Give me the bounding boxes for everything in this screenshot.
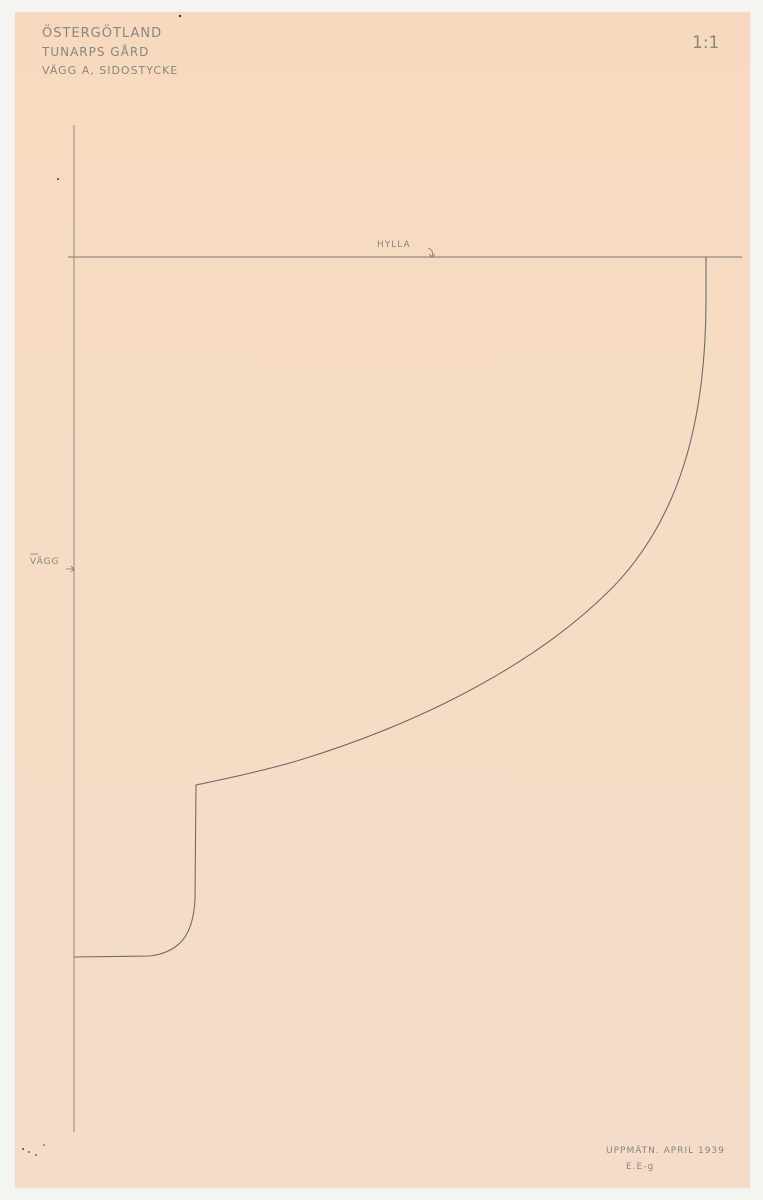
title-farm: TUNARPS GÅRD: [42, 45, 149, 59]
title-part: VÄGG A, SIDOSTYCKE: [42, 64, 178, 77]
measured-date: UPPMÄTN. APRIL 1939: [606, 1146, 725, 1156]
drawing-sheet: [15, 12, 750, 1188]
author-initials: E.E-g: [626, 1162, 654, 1172]
shelf-label: HYLLA: [377, 240, 411, 250]
wall-label: VÄGG: [30, 557, 60, 567]
title-region: ÖSTERGÖTLAND: [42, 26, 162, 41]
scale-label: 1:1: [692, 33, 719, 53]
